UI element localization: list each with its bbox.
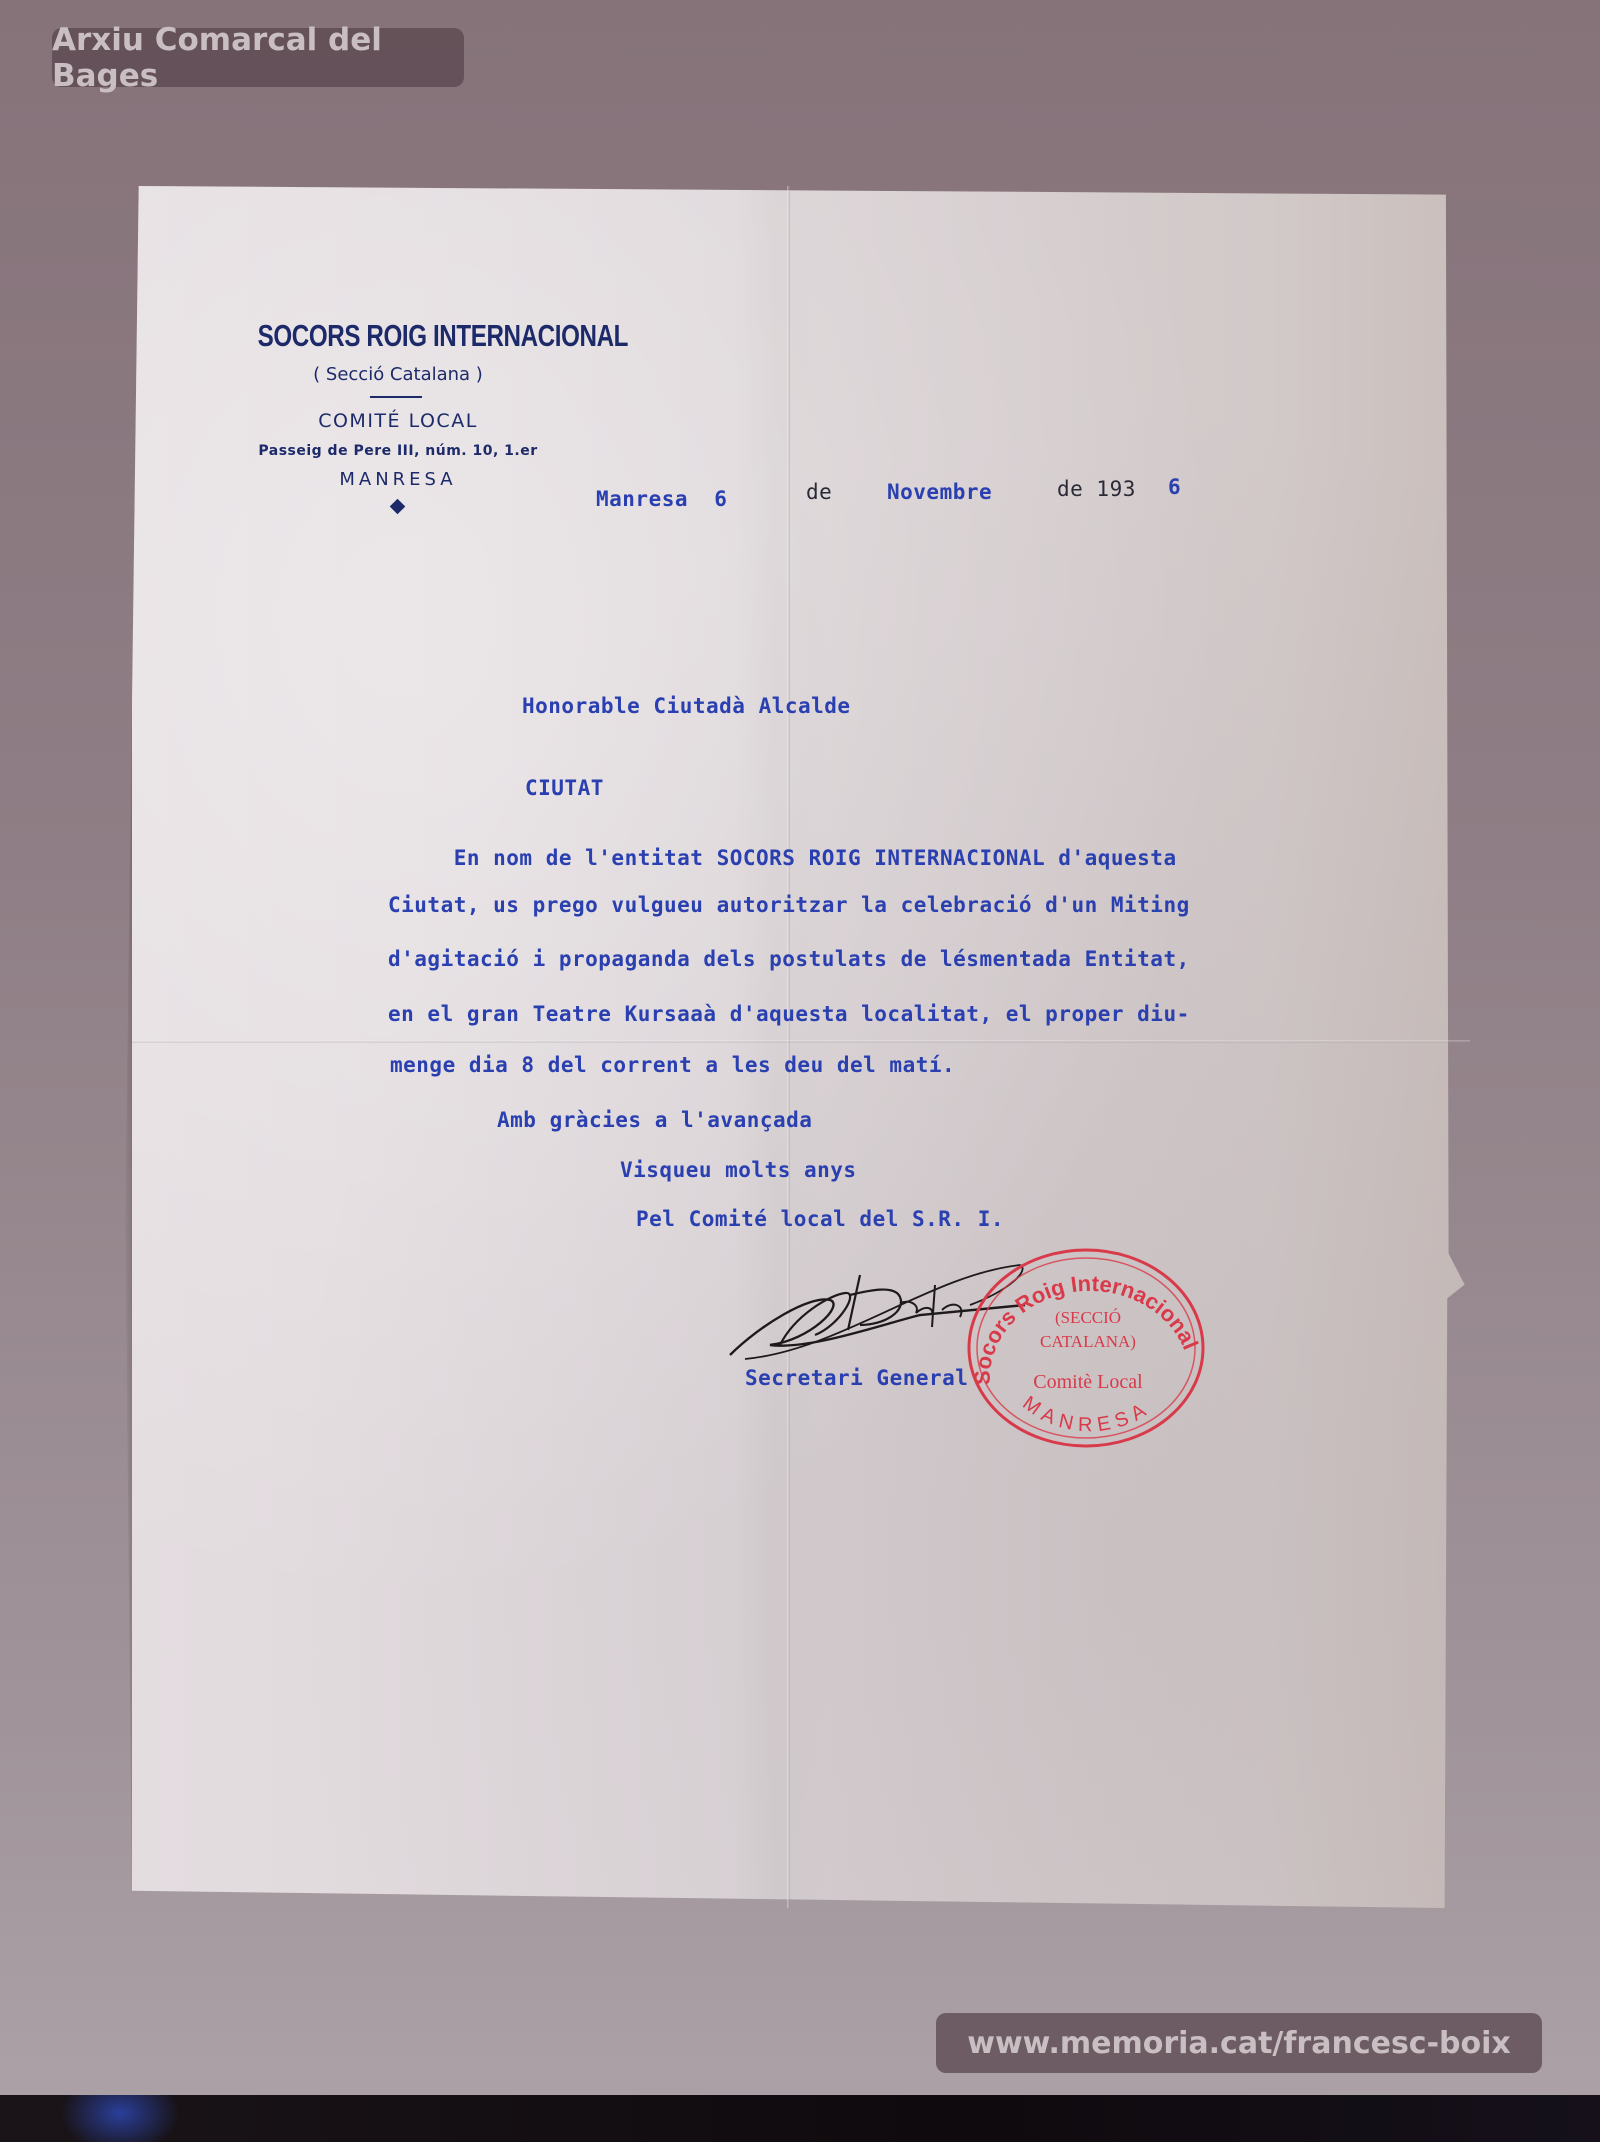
date-place-day: Manresa 6 xyxy=(596,487,727,511)
letterhead-committee: COMITÉ LOCAL xyxy=(218,410,578,432)
desk-surface xyxy=(0,2095,1600,2142)
archive-watermark: Arxiu Comarcal del Bages xyxy=(52,28,464,87)
letterhead-address: Passeig de Pere III, núm. 10, 1.er xyxy=(218,443,578,459)
signatory-role: Secretari General xyxy=(745,1366,968,1390)
letterhead-city: MANRESA xyxy=(218,469,578,490)
body-line-2: Ciutat, us prego vulgueu autoritzar la c… xyxy=(388,893,1190,917)
stamp-line-3: Comitè Local xyxy=(1033,1371,1143,1393)
website-watermark: www.memoria.cat/francesc-boix xyxy=(936,2013,1542,2073)
body-line-3: d'agitació i propaganda dels postulats d… xyxy=(388,947,1190,971)
closing-sender: Pel Comité local del S.R. I. xyxy=(636,1207,1004,1231)
date-de-2: de 193 xyxy=(1057,477,1136,501)
body-line-5: menge dia 8 del corrent a les deu del ma… xyxy=(390,1053,955,1077)
horizontal-fold-crease xyxy=(132,1040,1470,1043)
date-de-1: de xyxy=(806,480,832,504)
letterhead-organization: SOCORS ROIG INTERNACIONAL xyxy=(258,318,539,354)
date-month: Novembre xyxy=(887,480,992,504)
closing-thanks: Amb gràcies a l'avançada xyxy=(497,1108,812,1132)
recipient-city: CIUTAT xyxy=(525,776,604,800)
closing-farewell: Visqueu molts anys xyxy=(620,1158,857,1182)
body-line-1: En nom de l'entitat SOCORS ROIG INTERNAC… xyxy=(388,846,1177,870)
vertical-fold-crease xyxy=(787,186,790,1908)
recipient-title: Honorable Ciutadà Alcalde xyxy=(522,694,851,718)
letterhead-section: ( Secció Catalana ) xyxy=(218,364,578,385)
stamp-line-2: CATALANA) xyxy=(1040,1332,1136,1351)
body-line-4: en el gran Teatre Kursaaà d'aquesta loca… xyxy=(388,1002,1190,1026)
letterhead-divider xyxy=(370,396,422,398)
stamp-line-1: (SECCIÓ xyxy=(1055,1308,1121,1327)
date-year-digit: 6 xyxy=(1168,475,1181,499)
official-red-stamp: Socors Roig Internacional (SECCIÓ CATALA… xyxy=(958,1245,1208,1450)
